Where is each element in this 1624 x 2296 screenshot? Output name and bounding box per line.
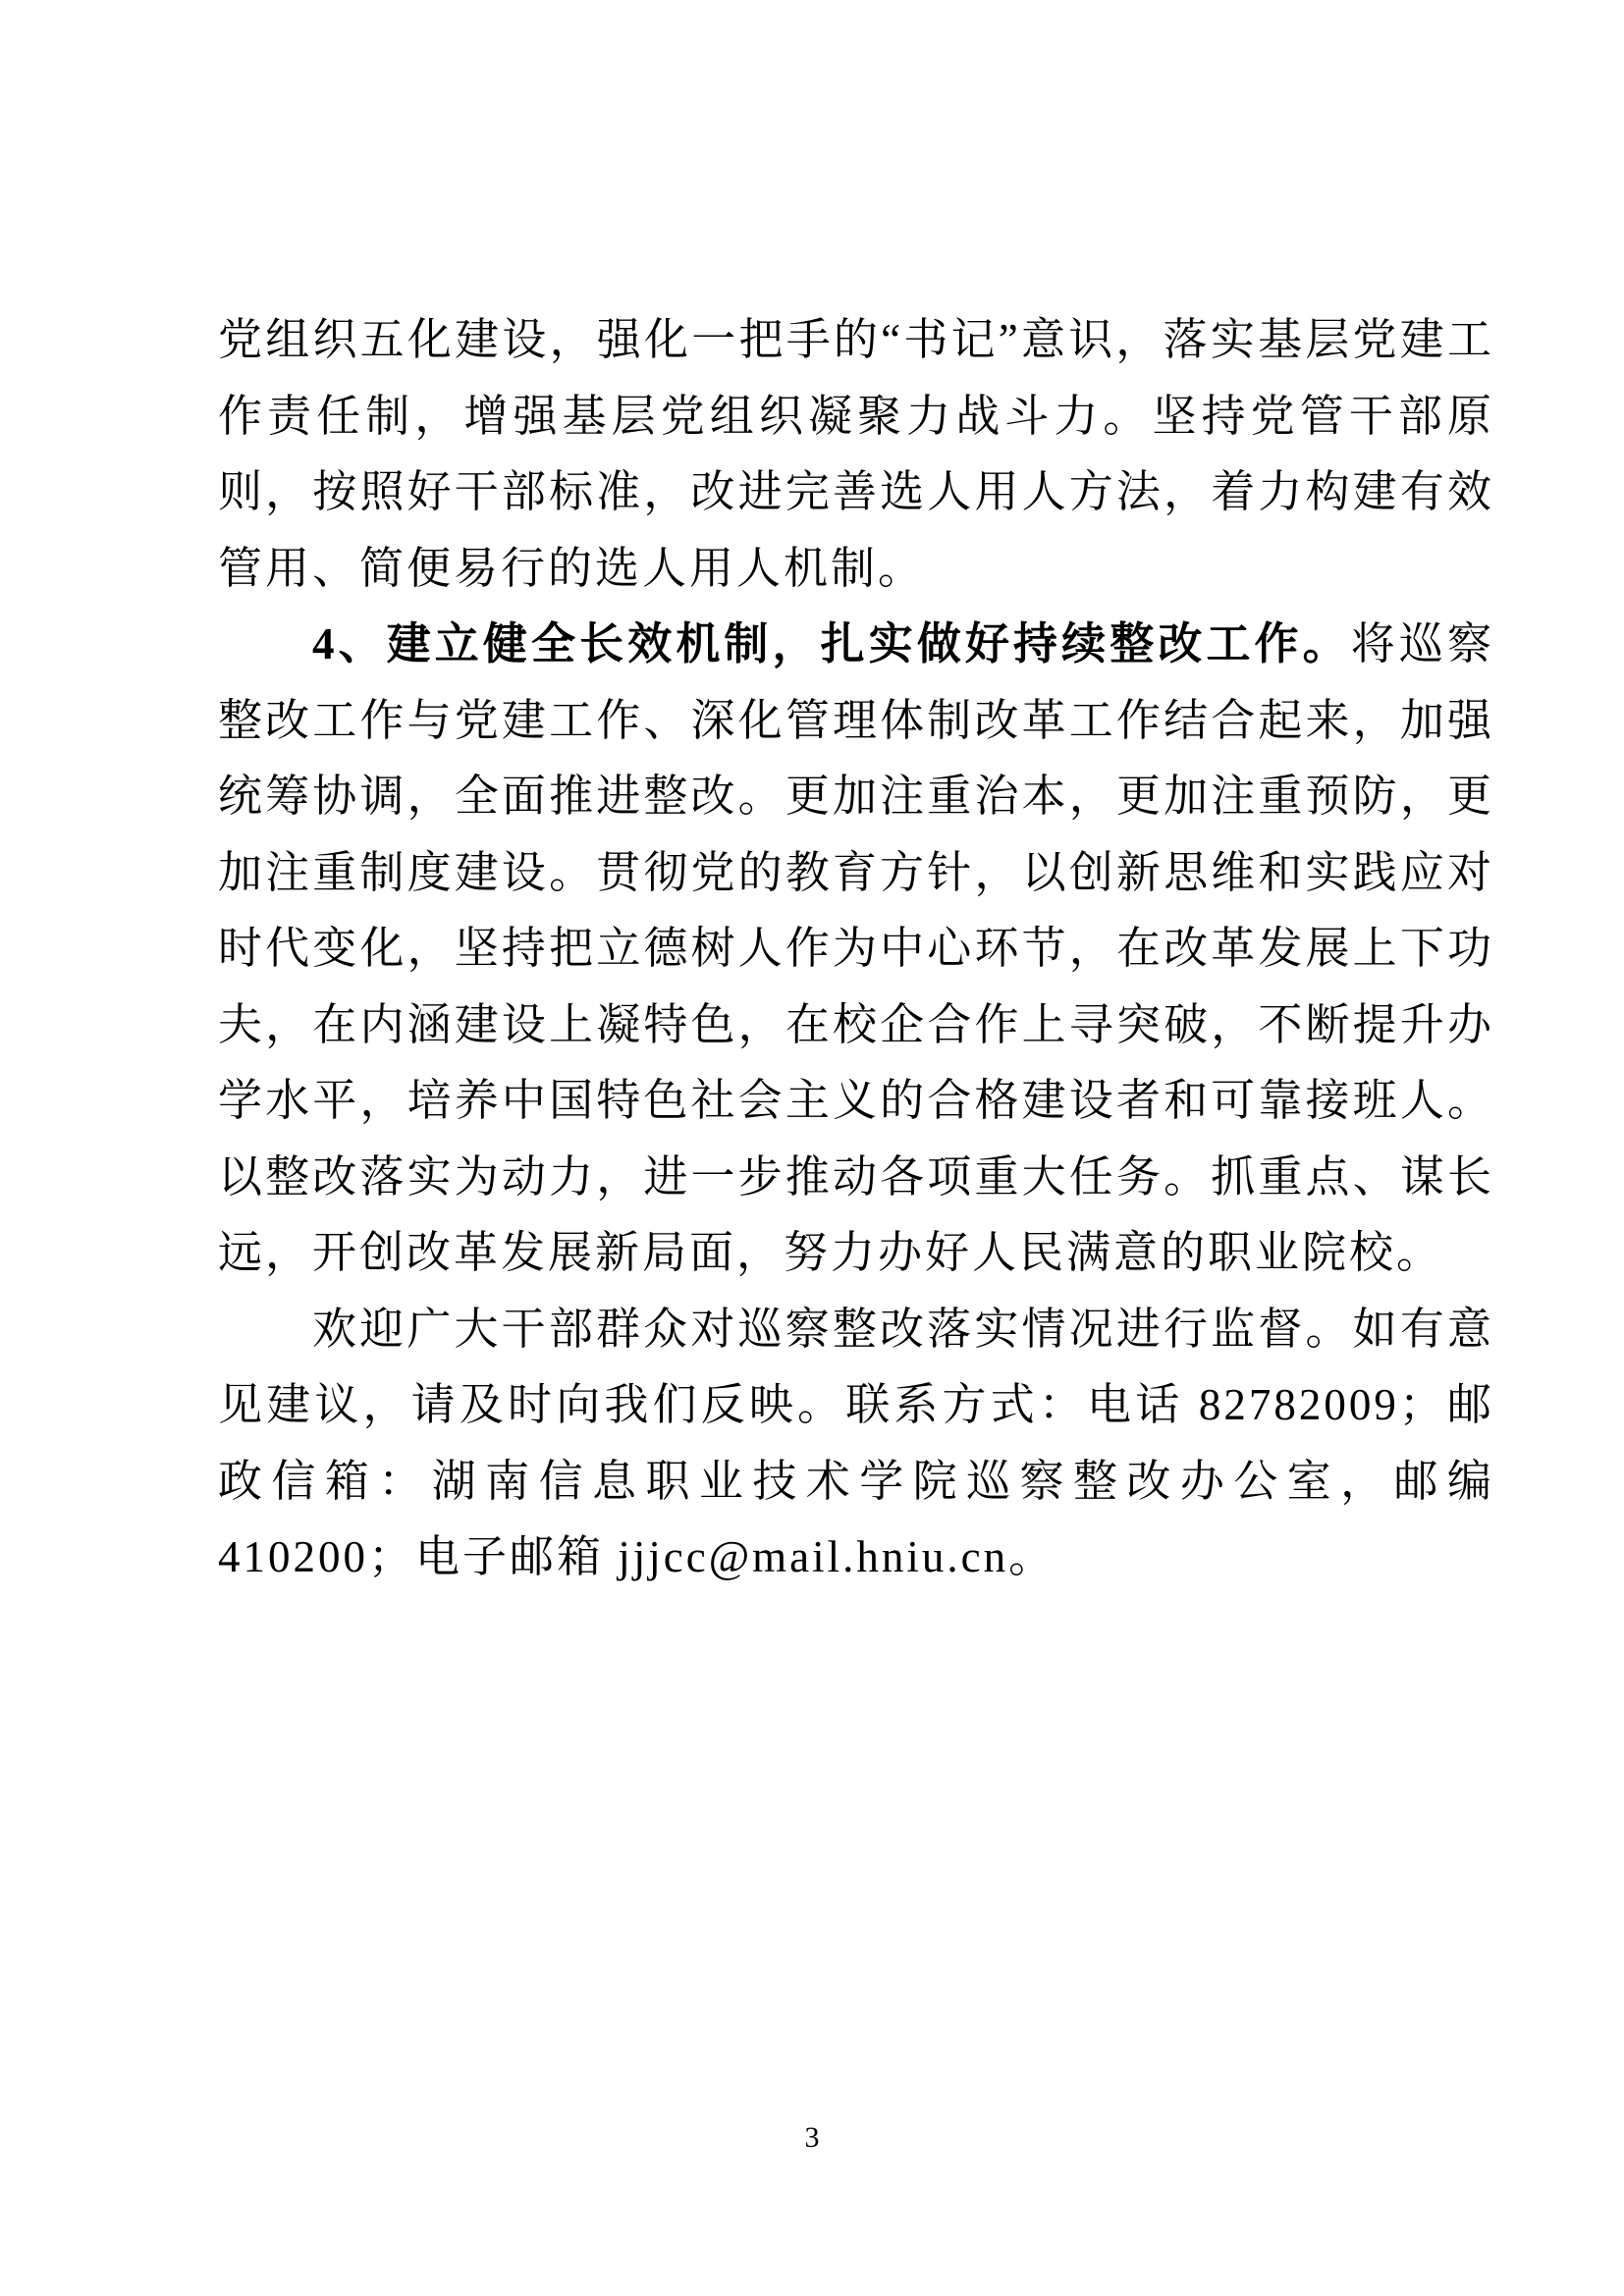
item-4-heading: 4、建立健全长效机制，扎实做好持续整改工作。 bbox=[312, 619, 1351, 668]
supervision-contact-text: 欢迎广大干部群众对巡察整改落实情况进行监督。如有意见建议，请及时向我们反映。联系… bbox=[218, 1305, 1494, 1582]
paragraph-item-4: 4、建立健全长效机制，扎实做好持续整改工作。将巡察整改工作与党建工作、深化管理体… bbox=[218, 607, 1494, 1292]
paragraph-supervision-contact: 欢迎广大干部群众对巡察整改落实情况进行监督。如有意见建议，请及时向我们反映。联系… bbox=[218, 1292, 1494, 1596]
paragraph-party-building-continuation: 党组织五化建设，强化一把手的“书记”意识，落实基层党建工作责任制，增强基层党组织… bbox=[218, 302, 1494, 607]
document-page: 党组织五化建设，强化一把手的“书记”意识，落实基层党建工作责任制，增强基层党组织… bbox=[0, 0, 1624, 2296]
paragraph-party-building-text: 党组织五化建设，强化一把手的“书记”意识，落实基层党建工作责任制，增强基层党组织… bbox=[218, 315, 1494, 593]
document-body: 党组织五化建设，强化一把手的“书记”意识，落实基层党建工作责任制，增强基层党组织… bbox=[218, 302, 1494, 1596]
item-4-body-text: 将巡察整改工作与党建工作、深化管理体制改革工作结合起来，加强统筹协调，全面推进整… bbox=[218, 619, 1494, 1277]
page-number: 3 bbox=[0, 2120, 1624, 2156]
